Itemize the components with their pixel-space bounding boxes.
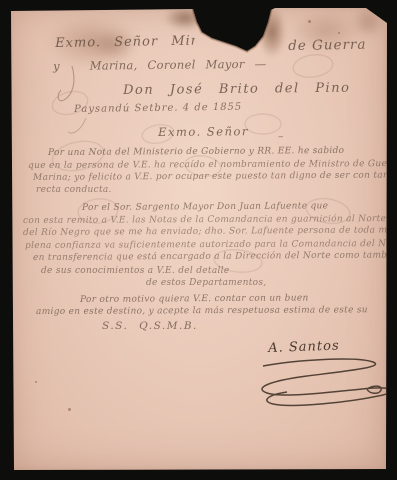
addressee-line1-left: Exmo. Señor Ministro [55, 34, 195, 51]
letter-body-line: Por el Sor. Sargento Mayor Don Juan Lafu… [82, 201, 328, 213]
salutation-dash: – [278, 130, 284, 143]
signature-rubric [251, 358, 388, 413]
letter-body-line: plena confianza va suficientemente autor… [25, 239, 388, 251]
letter-body-line: de estos Departamentos, [146, 278, 266, 288]
dateline: Paysandú Setbre. 4 de 1855 [74, 102, 242, 115]
letter-body-line: amigo en este destino, y acepte la más r… [36, 305, 368, 317]
letter-body-line: que en la persona de V.E. ha recaído el … [28, 159, 388, 171]
salutation: Exmo. Señor [158, 124, 249, 139]
letter-body-line: recta conducta. [36, 185, 112, 195]
closing-formula: S.S. Q.S.M.B. [102, 320, 198, 332]
letter-body-line: Por una Nota del Ministerio de Gobierno … [48, 146, 344, 158]
addressee-line3: Don José Brito del Pino [123, 81, 350, 98]
pen-swash [68, 118, 86, 133]
addressee-line1-right: de Guerra [288, 37, 367, 54]
letter-page: Exmo. Señor Ministro de Guerra y Marina,… [8, 6, 388, 472]
letter-body-line: de sus conocimientos a V.E. del detalle [41, 266, 229, 276]
letter-body-line: con esta remito a V.E. las Notas de la C… [23, 214, 386, 226]
letter-body-line: Por otro motivo quiera V.E. contar con u… [80, 293, 309, 305]
signature: A. Santos [268, 339, 340, 356]
photo-background: Exmo. Señor Ministro de Guerra y Marina,… [0, 0, 397, 480]
addressee-line2: y Marina, Coronel Mayor — [53, 57, 266, 73]
